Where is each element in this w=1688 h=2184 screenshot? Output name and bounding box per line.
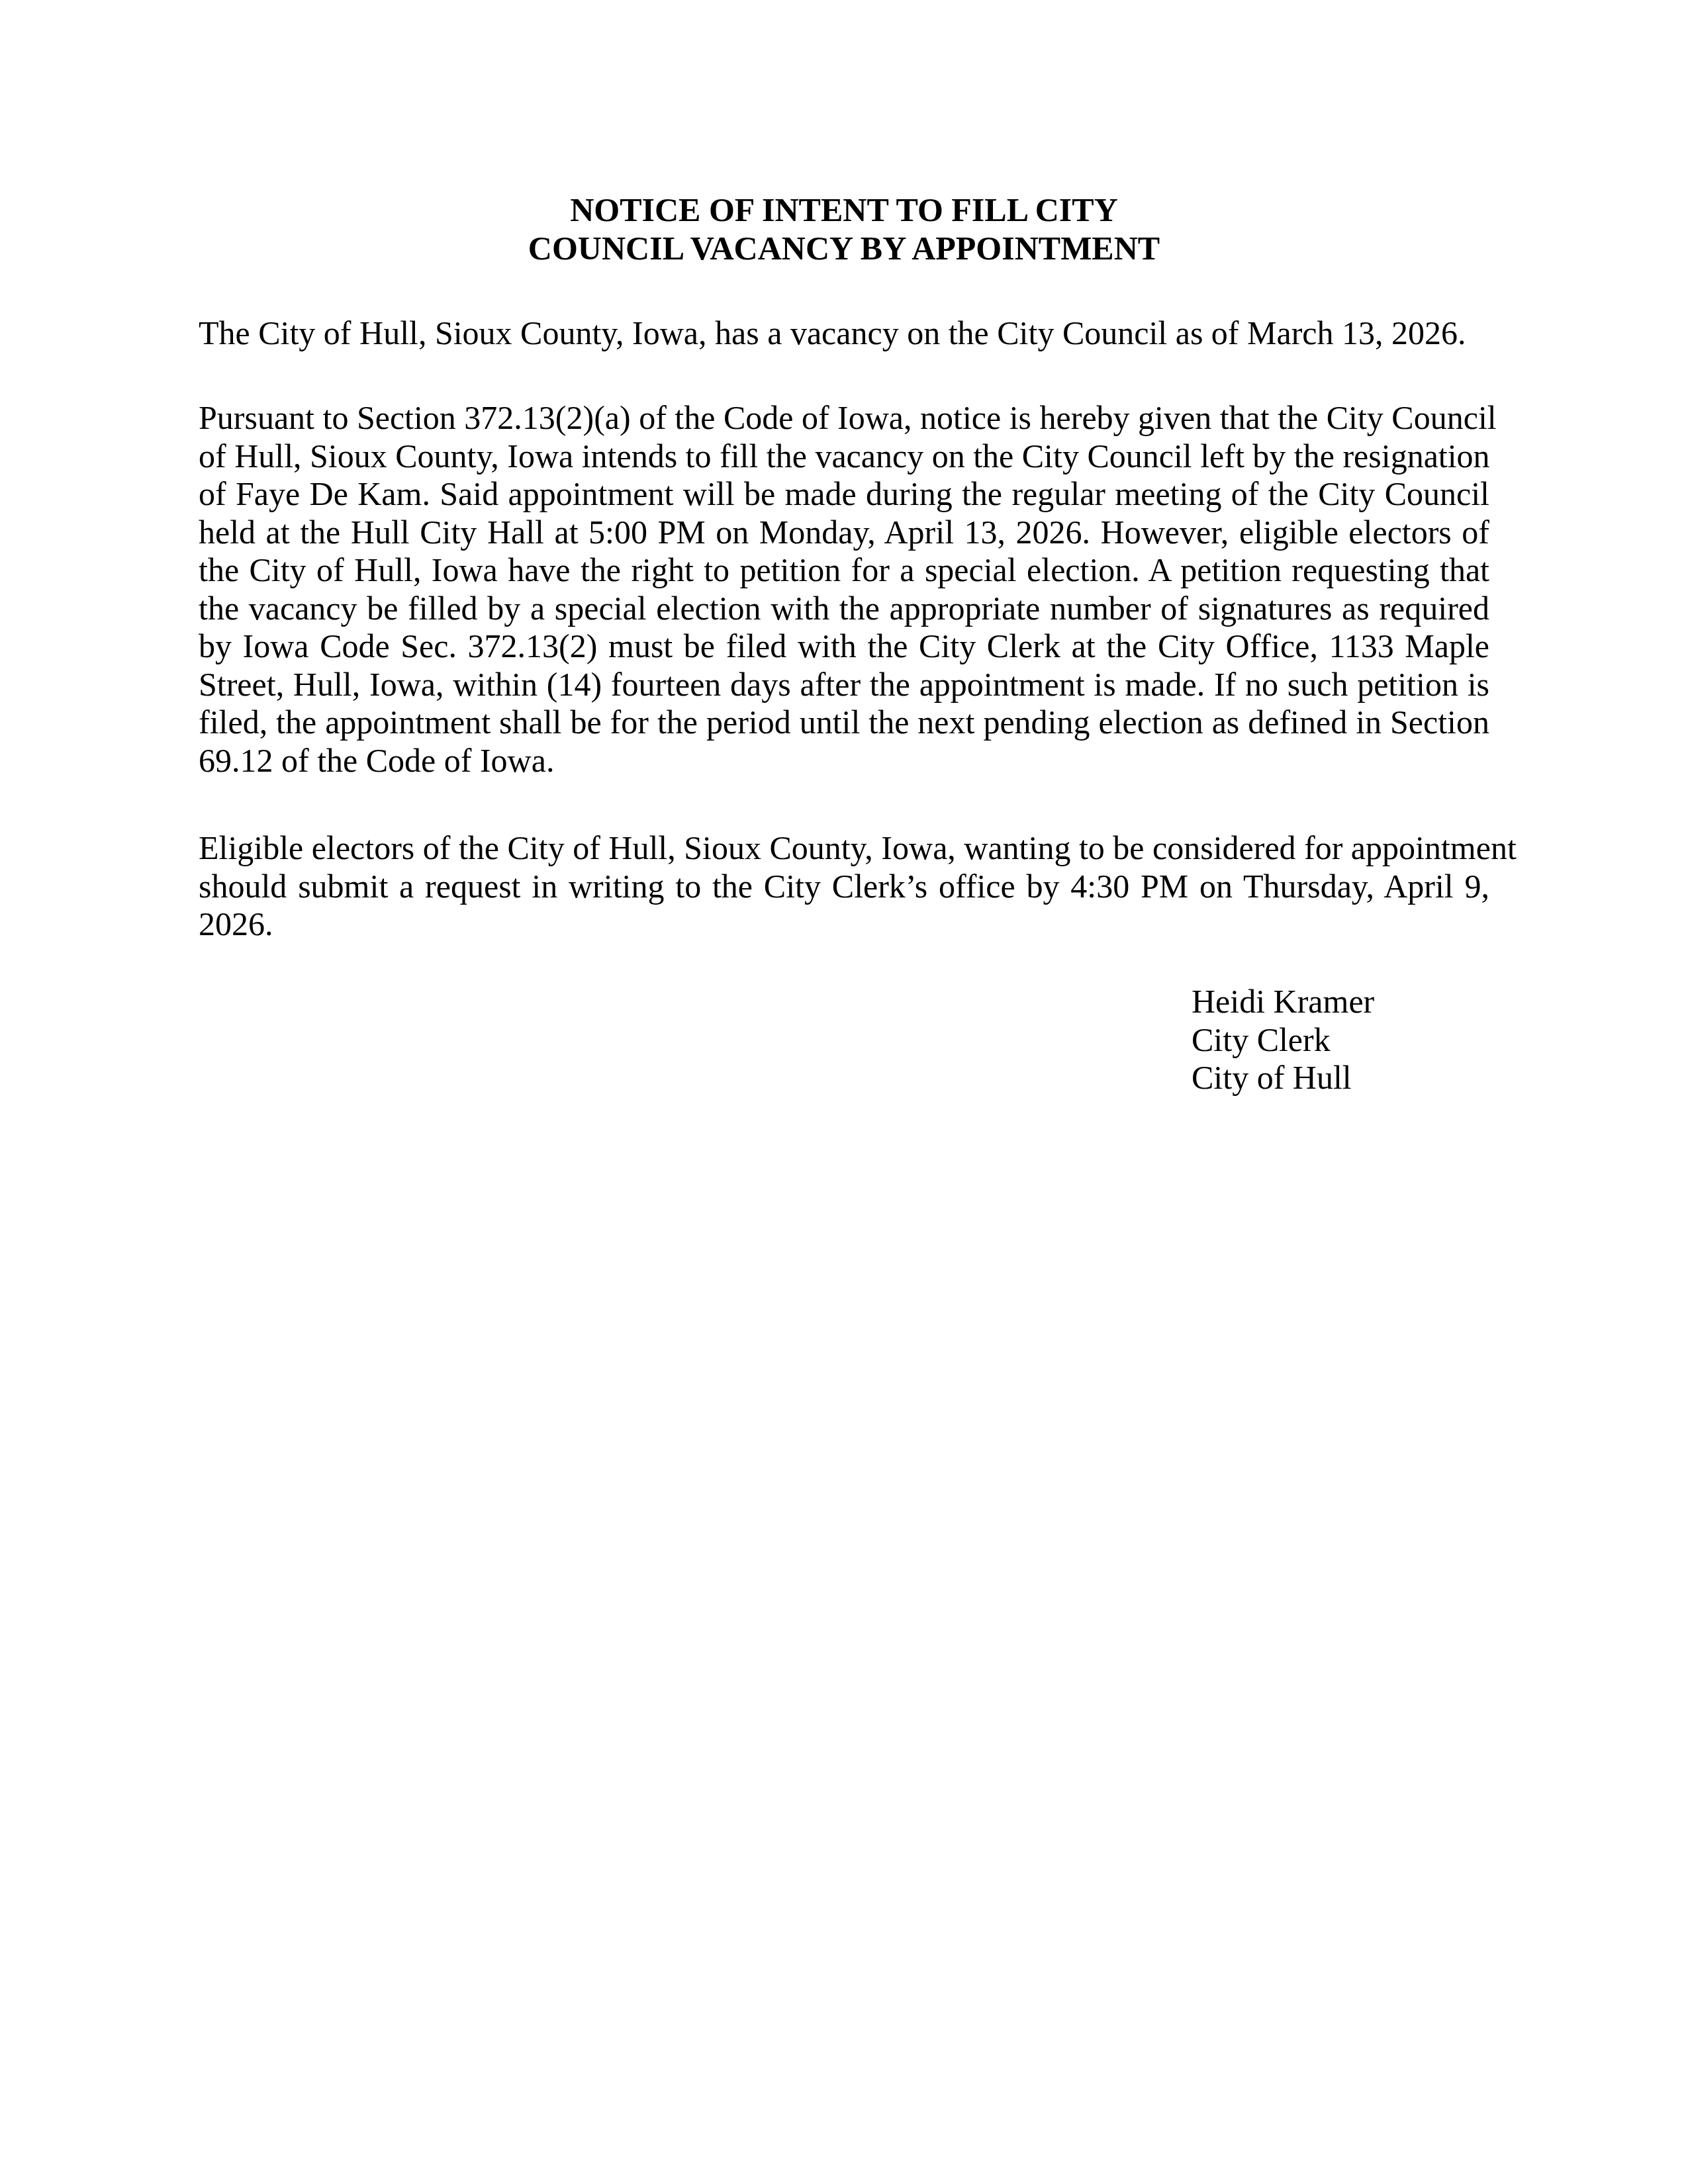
signatory-name: Heidi Kramer	[1192, 983, 1374, 1021]
paragraph-application-instructions: Eligible electors of the City of Hull, S…	[199, 829, 1489, 944]
signatory-organization: City of Hull	[1192, 1059, 1374, 1097]
notice-title: NOTICE OF INTENT TO FILL CITY COUNCIL VA…	[199, 191, 1489, 267]
paragraph-line: held at the Hull City Hall at 5:00 PM on…	[199, 514, 1489, 552]
notice-title-line-1: NOTICE OF INTENT TO FILL CITY	[199, 191, 1489, 229]
signature-block: Heidi Kramer City Clerk City of Hull	[1192, 983, 1374, 1097]
paragraph-line: 69.12 of the Code of Iowa.	[199, 742, 1489, 780]
paragraph-line: of Faye De Kam. Said appointment will be…	[199, 475, 1489, 514]
paragraph-line: filed, the appointment shall be for the …	[199, 704, 1489, 742]
paragraph-line: Eligible electors of the City of Hull, S…	[199, 829, 1489, 868]
paragraph-vacancy-statement: The City of Hull, Sioux County, Iowa, ha…	[199, 314, 1489, 353]
paragraph-line: the City of Hull, Iowa have the right to…	[199, 551, 1489, 590]
paragraph-line: Street, Hull, Iowa, within (14) fourteen…	[199, 666, 1489, 704]
paragraph-line: the vacancy be filled by a special elect…	[199, 590, 1489, 628]
paragraph-line: 2026.	[199, 905, 1489, 944]
document-page: NOTICE OF INTENT TO FILL CITY COUNCIL VA…	[0, 0, 1688, 2184]
notice-title-line-2: COUNCIL VACANCY BY APPOINTMENT	[199, 229, 1489, 267]
paragraph-line: should submit a request in writing to th…	[199, 868, 1489, 906]
paragraph-line: Pursuant to Section 372.13(2)(a) of the …	[199, 399, 1489, 437]
paragraph-line: The City of Hull, Sioux County, Iowa, ha…	[199, 314, 1489, 353]
signatory-title: City Clerk	[1192, 1021, 1374, 1060]
paragraph-line: by Iowa Code Sec. 372.13(2) must be file…	[199, 627, 1489, 666]
paragraph-notice-of-appointment: Pursuant to Section 372.13(2)(a) of the …	[199, 399, 1489, 780]
paragraph-line: of Hull, Sioux County, Iowa intends to f…	[199, 437, 1489, 476]
